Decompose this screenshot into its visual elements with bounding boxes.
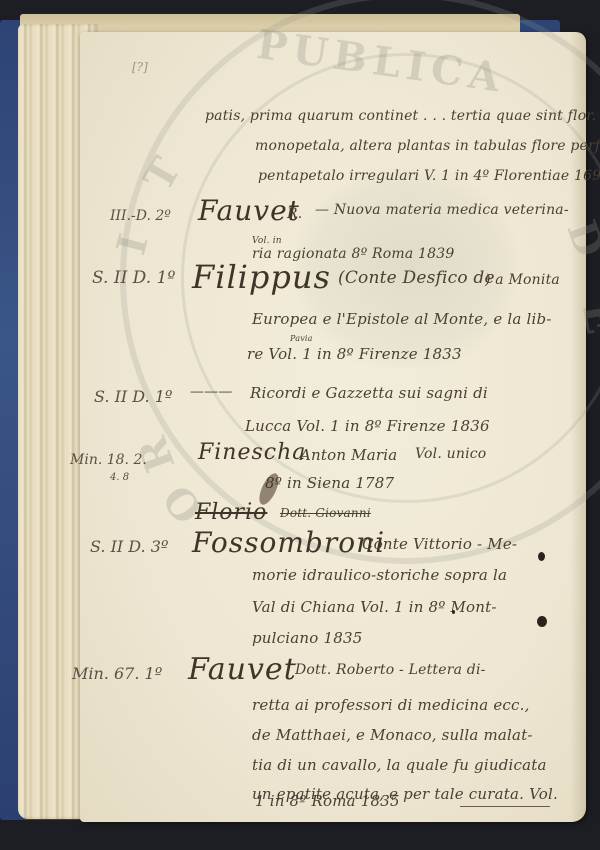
entry-text: Europea e l'Epistole al Monte, e la lib-: [252, 310, 552, 328]
entry-text: 1 in 8º Roma 1835: [255, 792, 400, 810]
entry-text: — Nuova materia medica veterina-: [315, 202, 569, 218]
entry-author-name: Filippus: [192, 258, 331, 296]
entry-author-name: Fauvet: [188, 652, 297, 687]
entry-text: re Vol. 1 in 8º Firenze 1833: [247, 345, 462, 363]
entry-text: Vol. unico: [415, 446, 486, 462]
stamp-letter-left-1: T: [135, 144, 194, 198]
entry-text: pulciano 1835: [252, 629, 362, 647]
ink-blot: [537, 616, 547, 627]
entry-dash: ———: [190, 384, 233, 400]
end-rule: [460, 806, 550, 807]
entry-name-suffix: (Conte Desfico de: [338, 268, 495, 288]
entry-text: Lucca Vol. 1 in 8º Firenze 1836: [245, 417, 490, 435]
stamp-text-top: PUBLICA: [254, 21, 509, 102]
entry-text: ) a Monita: [485, 272, 560, 288]
entry-name-suffix: R.: [287, 206, 302, 222]
entry-text: retta ai professori di medicina ecc.,: [252, 696, 530, 714]
entry-text: de Matthaei, e Monaco, sulla malat-: [252, 726, 533, 744]
shelf-mark-sub: 4. 8: [110, 472, 129, 483]
entry-superscript: Vol. in: [252, 236, 282, 246]
entry-text: tia di un cavallo, la quale fu giudicata: [252, 756, 547, 774]
entry-name-suffix: Conte Vittorio - Me-: [362, 535, 517, 553]
entry-author-name-struck: Florio: [195, 500, 267, 525]
text-line: patis, prima quarum continet . . . terti…: [205, 108, 600, 124]
entry-author-name: Fossombroni: [192, 526, 385, 559]
entry-name-suffix-struck: Dott. Giovanni: [280, 506, 371, 520]
entry-superscript: Pavia: [290, 334, 313, 343]
entry-author-name: Fauvet: [198, 194, 300, 227]
entry-text: Ricordi e Gazzetta sui sagni di: [250, 384, 488, 402]
text-line: pentapetalo irregulari V. 1 in 4º Floren…: [258, 168, 600, 184]
manuscript-page: PUBLICA T I D E R O [?] patis, prima qua…: [80, 32, 586, 822]
shelf-mark: S. II D. 3º: [90, 537, 168, 556]
ink-blot: [452, 610, 455, 614]
shelf-mark: S. II D. 1º: [92, 268, 175, 288]
stamp-letter-left-2: I: [107, 223, 159, 259]
text-line: monopetala, altera plantas in tabulas fl…: [255, 138, 600, 154]
entry-text: morie idraulico-storiche sopra la: [252, 566, 507, 584]
shelf-mark: Min. 18. 2.: [70, 452, 147, 468]
shelf-mark: III.-D. 2º: [110, 208, 171, 224]
folio-mark: [?]: [132, 60, 148, 74]
shelf-mark: S. II D. 1º: [94, 387, 172, 406]
ink-blot: [538, 552, 545, 561]
entry-author-name: Finescha: [198, 440, 306, 465]
entry-text: 8º in Siena 1787: [265, 474, 394, 492]
entry-text: Val di Chiana Vol. 1 in 8º Mont-: [252, 598, 497, 616]
entry-name-suffix: Anton Maria: [300, 446, 397, 464]
entry-name-suffix: Dott. Roberto - Lettera di-: [295, 662, 486, 678]
shelf-mark: Min. 67. 1º: [72, 664, 162, 683]
